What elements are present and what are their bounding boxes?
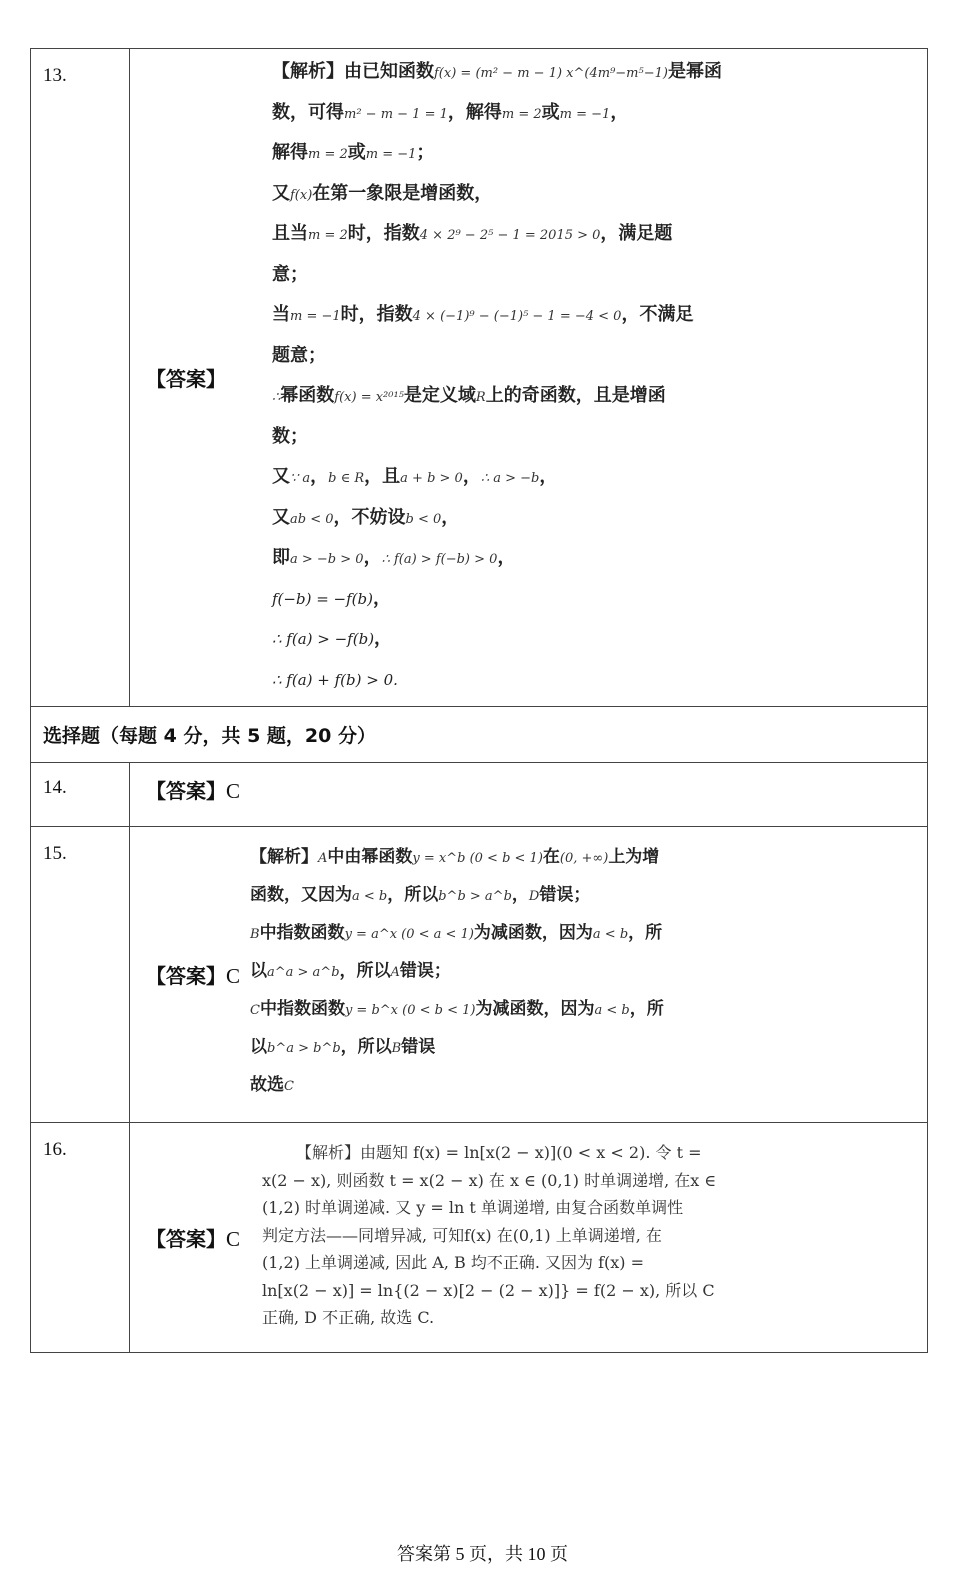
analysis-line: 又f(x)在第一象限是增函数，: [272, 174, 722, 215]
answer-value: C: [226, 779, 240, 803]
analysis-line: C中指数函数y = b^x (0 < b < 1)为减函数，因为a < b，所: [250, 990, 664, 1028]
analysis-line: ln[x(2 − x)] = ln{(2 − x)[2 − (2 − x)]} …: [262, 1277, 722, 1305]
analysis-line: 【解析】由题知 f(x) = ln[x(2 − x)](0 < x < 2). …: [262, 1139, 722, 1167]
analysis-line: 解得m = 2或m = −1；: [272, 133, 722, 174]
analysis-line: 正确, D 不正确, 故选 C.: [262, 1304, 722, 1332]
analysis-line: 即a > −b > 0，∴ f(a) > f(−b) > 0，: [272, 538, 722, 579]
analysis-line: 【解析】A中由幂函数y = x^b (0 < b < 1)在(0, +∞)上为增: [250, 838, 664, 876]
analysis-line: 数，可得m² − m − 1 = 1，解得m = 2或m = −1，: [272, 93, 722, 134]
scanned-analysis: 【解析】由题知 f(x) = ln[x(2 − x)](0 < x < 2). …: [262, 1123, 722, 1332]
analysis-line: 且当m = 2时，指数4 × 2⁹ − 2⁵ − 1 = 2015 > 0，满足…: [272, 214, 722, 255]
analysis-line: 当m = −1时，指数4 × (−1)⁹ − (−1)⁵ − 1 = −4 < …: [272, 295, 722, 336]
question-row-16: 16. 【答案】C 【解析】由题知 f(x) = ln[x(2 − x)](0 …: [31, 1123, 928, 1353]
question-number: 13.: [31, 49, 130, 707]
analysis-line: ∴ f(a) + f(b) > 0.: [272, 660, 722, 701]
analysis-line: f(−b) = −f(b)，: [272, 579, 722, 620]
analysis-line: ∴ f(a) > −f(b)，: [272, 619, 722, 660]
analysis-line: (1,2) 上单调递减, 因此 A, B 均不正确. 又因为 f(x) =: [262, 1249, 722, 1277]
analysis-line: ∴幂函数f(x) = x²⁰¹⁵是定义域R上的奇函数，且是增函: [272, 376, 722, 417]
analysis-block: 【解析】A中由幂函数y = x^b (0 < b < 1)在(0, +∞)上为增…: [250, 827, 664, 1104]
analysis-line: 题意；: [272, 336, 722, 377]
answer-label: 【答案】: [146, 960, 226, 989]
analysis-line: 函数，又因为a < b，所以b^b > a^b，D错误；: [250, 876, 664, 914]
analysis-line: 以b^a > b^b，所以B错误: [250, 1028, 664, 1066]
analysis-line: x(2 − x), 则函数 t = x(2 − x) 在 x ∈ (0,1) 时…: [262, 1167, 722, 1195]
section-title: 选择题（每题 4 分，共 5 题，20 分）: [31, 707, 928, 763]
answer-label: 【答案】: [146, 1223, 226, 1252]
answer-value: C: [226, 1227, 240, 1251]
question-row-13: 13. 【答案】 【解析】由已知函数f(x) = (m² − m − 1) x^…: [31, 49, 928, 707]
analysis-line: 以a^a > a^b，所以A错误；: [250, 952, 664, 990]
answer-cell: 【答案】C 【解析】由题知 f(x) = ln[x(2 − x)](0 < x …: [130, 1123, 928, 1353]
analysis-line: (1,2) 时单调递减. 又 y = ln t 单调递增, 由复合函数单调性: [262, 1194, 722, 1222]
analysis-line: 又ab < 0，不妨设b < 0，: [272, 498, 722, 539]
question-number: 14.: [31, 763, 130, 827]
analysis-line: 故选C: [250, 1066, 664, 1104]
question-number: 15.: [31, 827, 130, 1123]
answer-cell: 【答案】 【解析】由已知函数f(x) = (m² − m − 1) x^(4m⁹…: [130, 49, 928, 707]
analysis-line: B中指数函数y = a^x (0 < a < 1)为减函数，因为a < b，所: [250, 914, 664, 952]
analysis-line: 又∵ a，b ∈ R，且a + b > 0，∴ a > −b，: [272, 457, 722, 498]
analysis-line: 【解析】由已知函数f(x) = (m² − m − 1) x^(4m⁹−m⁵−1…: [272, 52, 722, 93]
answer-label: 【答案】: [146, 363, 226, 392]
analysis-line: 数；: [272, 417, 722, 458]
question-row-14: 14. 【答案】C: [31, 763, 928, 827]
page-footer: 答案第 5 页，共 10 页: [0, 1540, 965, 1566]
analysis-line: 判定方法——同增异减, 可知f(x) 在(0,1) 上单调递增, 在: [262, 1222, 722, 1250]
analysis-block: 【解析】由已知函数f(x) = (m² − m − 1) x^(4m⁹−m⁵−1…: [272, 49, 722, 700]
section-header-row: 选择题（每题 4 分，共 5 题，20 分）: [31, 707, 928, 763]
answer-cell: 【答案】C 【解析】A中由幂函数y = x^b (0 < b < 1)在(0, …: [130, 827, 928, 1123]
answer-value: C: [226, 964, 240, 988]
answer-table: 13. 【答案】 【解析】由已知函数f(x) = (m² − m − 1) x^…: [30, 48, 928, 1353]
question-row-15: 15. 【答案】C 【解析】A中由幂函数y = x^b (0 < b < 1)在…: [31, 827, 928, 1123]
answer-label: 【答案】: [146, 775, 226, 804]
question-number: 16.: [31, 1123, 130, 1353]
analysis-line: 意；: [272, 255, 722, 296]
answer-cell: 【答案】C: [130, 763, 928, 827]
